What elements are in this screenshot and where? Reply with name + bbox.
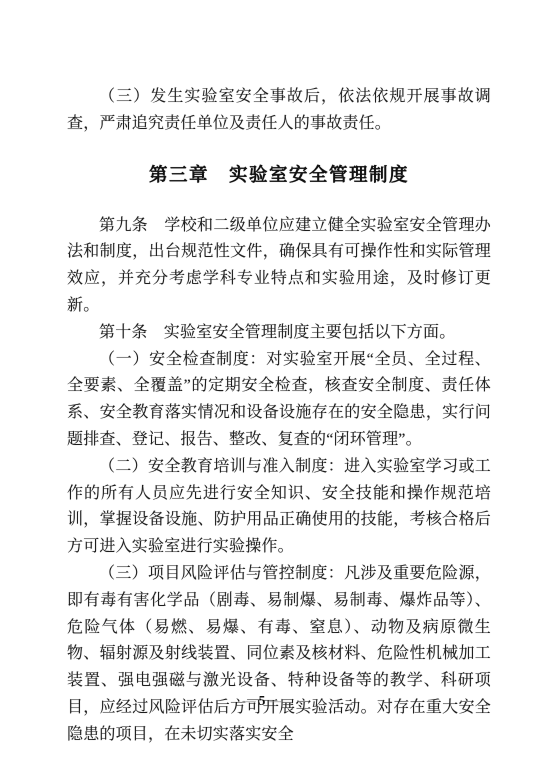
paragraph-clause-3-risk-assessment: （三）项目风险评估与管控制度：凡涉及重要危险源，即有毒有害化学品（剧毒、易制爆、…: [67, 561, 491, 749]
page-number: —5—: [0, 693, 524, 709]
paragraph-item-3-accident-investigation: （三）发生实验室安全事故后，依法依规开展事故调查，严肃追究责任单位及责任人的事故…: [67, 84, 491, 138]
page-number-left-dash: —: [238, 693, 259, 708]
page-number-right-dash: —: [265, 693, 286, 708]
paragraph-article-10: 第十条 实验室安全管理制度主要包括以下方面。: [67, 320, 491, 347]
document-page: （三）发生实验室安全事故后，依法依规开展事故调查，严肃追究责任单位及责任人的事故…: [0, 0, 554, 783]
document-content: （三）发生实验室安全事故后，依法依规开展事故调查，严肃追究责任单位及责任人的事故…: [67, 84, 491, 749]
chapter-heading: 第三章 实验室安全管理制度: [67, 161, 491, 187]
paragraph-clause-2-safety-training: （二）安全教育培训与准入制度：进入实验室学习或工作的所有人员应先进行安全知识、安…: [67, 454, 491, 561]
paragraph-article-9: 第九条 学校和二级单位应建立健全实验室安全管理办法和制度，出台规范性文件，确保具…: [67, 213, 491, 320]
paragraph-clause-1-safety-inspection: （一）安全检查制度：对实验室开展“全员、全过程、全要素、全覆盖”的定期安全检查，…: [67, 347, 491, 454]
